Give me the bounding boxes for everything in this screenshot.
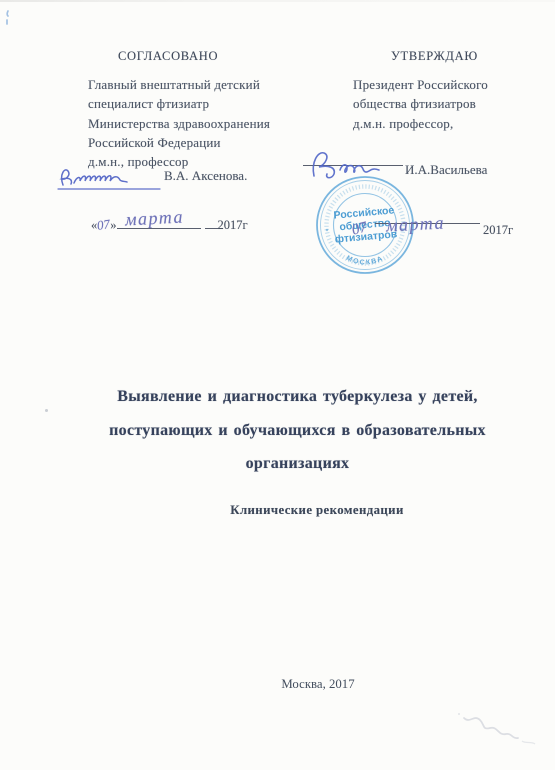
document-title: Выявление и диагностика туберкулеза у де… [70,380,525,481]
approval-left-line: Главный внештатный детский [88,75,343,94]
left-date-month-handwritten: марта [124,206,184,230]
approval-right-line: Президент Российского [353,75,533,94]
left-signature-name: В.А. Аксенова. [164,168,247,184]
title-line3: организациях [70,447,525,481]
document-subtitle: Клинические рекомендации [92,503,542,518]
scan-dot-artifact [45,409,48,412]
pencil-mark-artifact [452,708,547,753]
vasilyeva-signature [306,148,391,184]
left-date-day-handwritten: 07 [96,216,111,234]
right-date-month-handwritten: марта [385,212,445,236]
aksenova-signature [56,164,168,194]
approval-right-block: УТВЕРЖДАЮ Президент Российского общества… [353,49,533,133]
left-date-year: 2017г [218,218,248,232]
scan-edge-artifact [0,0,555,2]
right-date-year: 2017г [483,223,513,238]
document-page: СОГЛАСОВАНО Главный внештатный детский с… [0,0,555,770]
title-line2: поступающих и обучающихся в образователь… [70,414,525,448]
approval-right-line: д.м.н. профессор, [353,114,533,133]
agreed-heading: СОГЛАСОВАНО [88,49,343,64]
right-date-row: 07 марта 2017г [350,214,530,244]
right-date-day-handwritten: 07 [350,219,369,239]
ink-mark-artifact [3,8,15,28]
approved-heading: УТВЕРЖДАЮ [353,49,533,64]
left-signature-row: В.А. Аксенова. [56,164,326,190]
approval-left-line: специалист фтизиатр [88,94,343,113]
right-signature-name: И.А.Васильева [405,162,487,178]
footer-city-year: Москва, 2017 [93,677,543,692]
left-date-row: «07» марта 2017г [91,215,248,233]
approval-left-line: Министерства здравоохранения [88,114,343,133]
approval-right-line: общества фтизиатров [353,94,533,113]
title-line1: Выявление и диагностика туберкулеза у де… [70,380,525,414]
right-signature-row: И.А.Васильева [302,148,512,186]
